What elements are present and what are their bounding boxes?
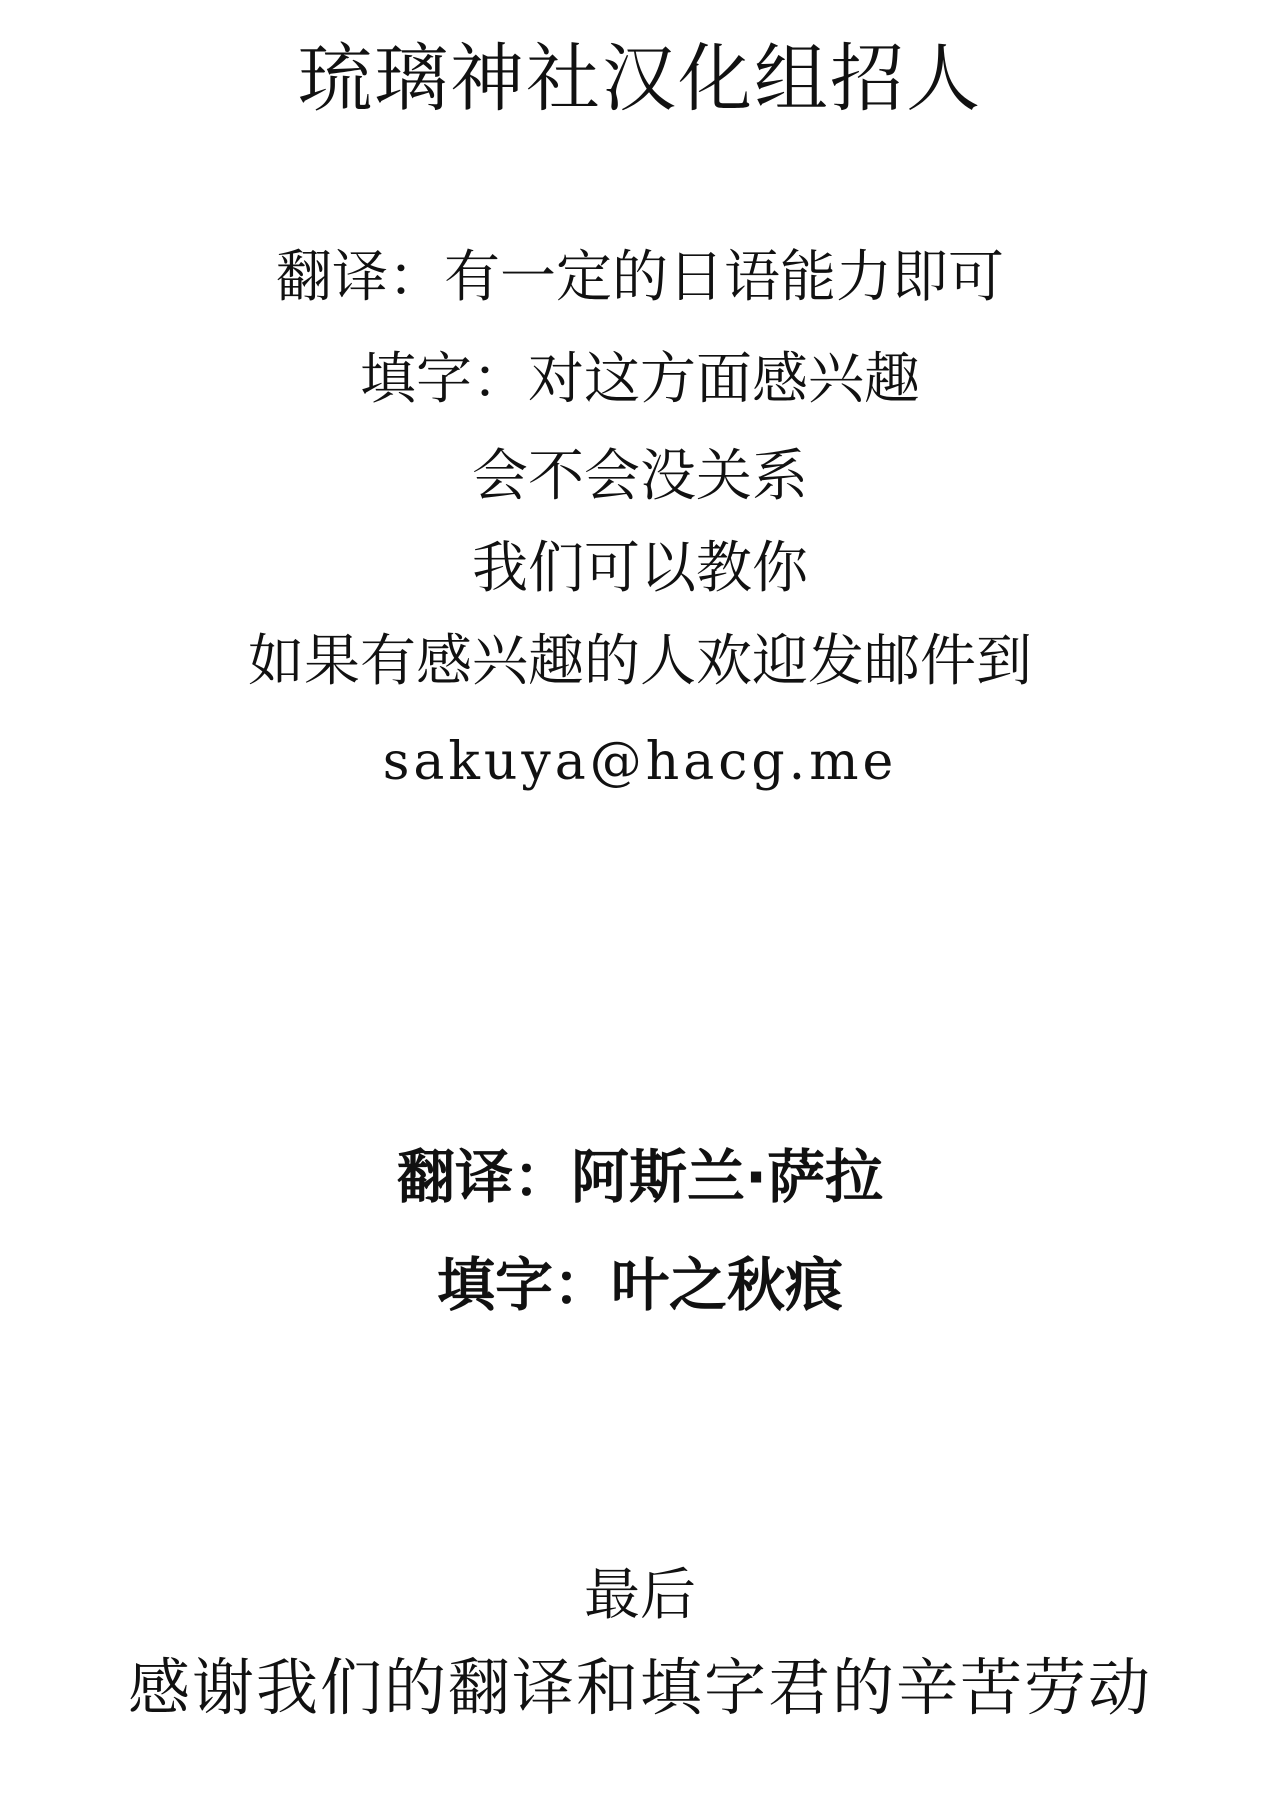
credit-typesetter: 填字：叶之秋痕 [0, 1256, 1280, 1314]
recruit-line-translator-requirement: 翻译：有一定的日语能力即可 [0, 250, 1280, 306]
page-title: 琉璃神社汉化组招人 [0, 42, 1280, 116]
footer-thanks: 感谢我们的翻译和填字君的辛苦劳动 [0, 1657, 1280, 1719]
contact-email: sakuya@hacg.me [0, 736, 1280, 788]
footer-finally: 最后 [0, 1568, 1280, 1624]
recruit-line-typesetter-requirement: 填字：对这方面感兴趣 [0, 352, 1280, 408]
credit-translator: 翻译：阿斯兰·萨拉 [0, 1148, 1280, 1206]
recruit-line-contact-invite: 如果有感兴趣的人欢迎发邮件到 [0, 634, 1280, 690]
recruit-line-no-experience-needed: 会不会没关系 [0, 449, 1280, 505]
recruit-line-we-can-teach: 我们可以教你 [0, 541, 1280, 597]
credits-page: 琉璃神社汉化组招人 翻译：有一定的日语能力即可 填字：对这方面感兴趣 会不会没关… [0, 0, 1280, 1819]
